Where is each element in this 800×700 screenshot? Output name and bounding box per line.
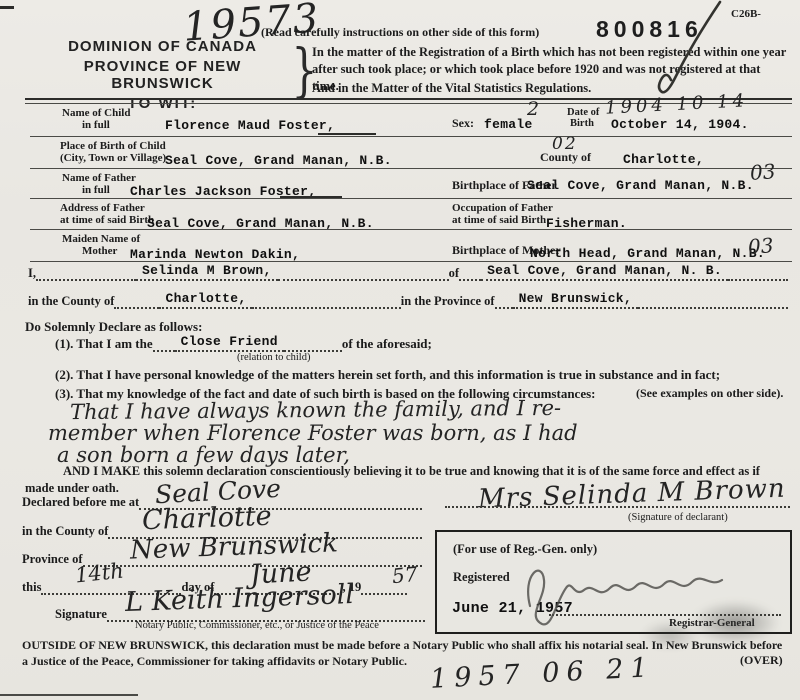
jurisdiction-line2: PROVINCE OF NEW BRUNSWICK	[35, 58, 290, 92]
day-handwritten: 14th	[74, 559, 125, 588]
father-birthplace-value: Seal Cove, Grand Manan, N.B.	[527, 178, 754, 193]
corner-form-code: C26B-	[731, 8, 761, 20]
dotted-leader	[114, 297, 159, 309]
handwritten-checkmark	[615, 0, 725, 100]
dotted-leader	[153, 340, 175, 352]
mother-name-value: Marinda Newton Dakin,	[130, 247, 300, 262]
over-label: (OVER)	[740, 653, 783, 668]
declarant-county-value: Charlotte,	[159, 291, 252, 309]
row-line	[30, 168, 792, 169]
declared-before-label: Declared before me at	[22, 495, 139, 510]
item1-pre: (1). That I am the	[55, 336, 153, 352]
dotted-leader	[495, 297, 513, 309]
row-line	[30, 136, 792, 137]
underline-mark	[280, 196, 342, 198]
registered-label: Registered	[453, 570, 510, 585]
declarant-address-value: Seal Cove, Grand Manan, N. B.	[481, 263, 728, 281]
row-line	[30, 229, 792, 230]
underline-mark	[318, 133, 376, 135]
declarant-signature-line	[445, 506, 790, 508]
father-occupation-label-2: at time of said Birth	[452, 214, 546, 227]
year-handwritten: 57	[391, 562, 419, 589]
sex-value: female	[484, 117, 533, 132]
notary-note: Notary Public, Commissioner, etc., or Ju…	[135, 620, 379, 631]
item1-post: of the aforesaid;	[342, 336, 432, 352]
solemnly-declare-heading: Do Solemnly Declare as follows:	[25, 319, 202, 335]
declaration-item-2: (2). That I have personal knowledge of t…	[55, 367, 785, 383]
child-name-label-2: in full	[82, 119, 110, 132]
birthplace-child-value: Seal Cove, Grand Manan, N.B.	[165, 153, 392, 168]
dotted-leader	[459, 269, 481, 281]
mother-name-label-2: Mother	[82, 245, 117, 258]
dob-value: October 14, 1904.	[611, 117, 749, 132]
dotted-leader	[728, 269, 788, 281]
see-examples-note: (See examples on other side).	[636, 386, 783, 401]
mother-birthplace-code-handwritten: 03	[747, 233, 774, 259]
sex-label: Sex:	[452, 116, 474, 131]
declarant-name-value: Selinda M Brown,	[136, 263, 278, 281]
province-of-label: in the Province of	[401, 294, 495, 309]
dotted-leader	[252, 297, 400, 309]
dotted-leader	[284, 340, 342, 352]
statement-handwritten-line-2: member when Florence Foster was born, as…	[48, 421, 578, 445]
declarant-county-line: in the County of Charlotte, in the Provi…	[28, 291, 788, 309]
statement-handwritten-line-1: That I have always known the family, and…	[70, 396, 561, 424]
dob-label-2: Birth	[570, 118, 594, 129]
sex-code-handwritten: 2	[527, 98, 539, 120]
of-label: of	[449, 266, 459, 281]
child-name-value: Florence Maud Foster,	[165, 118, 335, 133]
father-birthplace-code-handwritten: 03	[749, 159, 776, 185]
declarant-signature-note: (Signature of declarant)	[628, 512, 728, 523]
row-line	[30, 261, 792, 262]
dotted-leader	[278, 269, 449, 281]
relation-to-child-note: (relation to child)	[237, 352, 310, 363]
dob-label-1: Date of	[567, 107, 599, 118]
county-of-label: in the County of	[28, 294, 114, 309]
county-label: County of	[540, 150, 591, 165]
corner-mark	[0, 6, 14, 9]
mother-birthplace-value: North Head, Grand Manan, N.B.	[530, 246, 765, 261]
father-name-label-2: in full	[82, 184, 110, 197]
this-label: this	[22, 580, 41, 595]
declaration-item-1: (1). That I am the Close Friend of the a…	[55, 334, 495, 352]
item1-relation-value: Close Friend	[175, 334, 284, 352]
birthplace-child-label-2: (City, Town or Village)	[60, 152, 166, 165]
declarant-province-value: New Brunswick,	[513, 291, 638, 309]
footer-notice: OUTSIDE OF NEW BRUNSWICK, this declarati…	[22, 638, 784, 669]
jurisdiction-line1: DOMINION OF CANADA	[35, 38, 290, 55]
father-address-label-2: at time of said Birth	[60, 214, 154, 227]
row-line	[30, 198, 792, 199]
jurisdiction-block: DOMINION OF CANADA PROVINCE OF NEW BRUNS…	[35, 38, 290, 112]
dotted-leader	[36, 269, 136, 281]
declarant-line: I, Selinda M Brown, of Seal Cove, Grand …	[28, 263, 788, 281]
signature-label: Signature	[55, 607, 107, 622]
i-label: I,	[28, 266, 36, 281]
attestation-county-label: in the County of	[22, 524, 108, 539]
bottom-partial-line	[0, 694, 138, 696]
scanned-birth-declaration-form: 19573 (Read carefully instructions on ot…	[0, 0, 800, 700]
county-value: Charlotte,	[623, 152, 704, 167]
dotted-leader	[638, 297, 788, 309]
